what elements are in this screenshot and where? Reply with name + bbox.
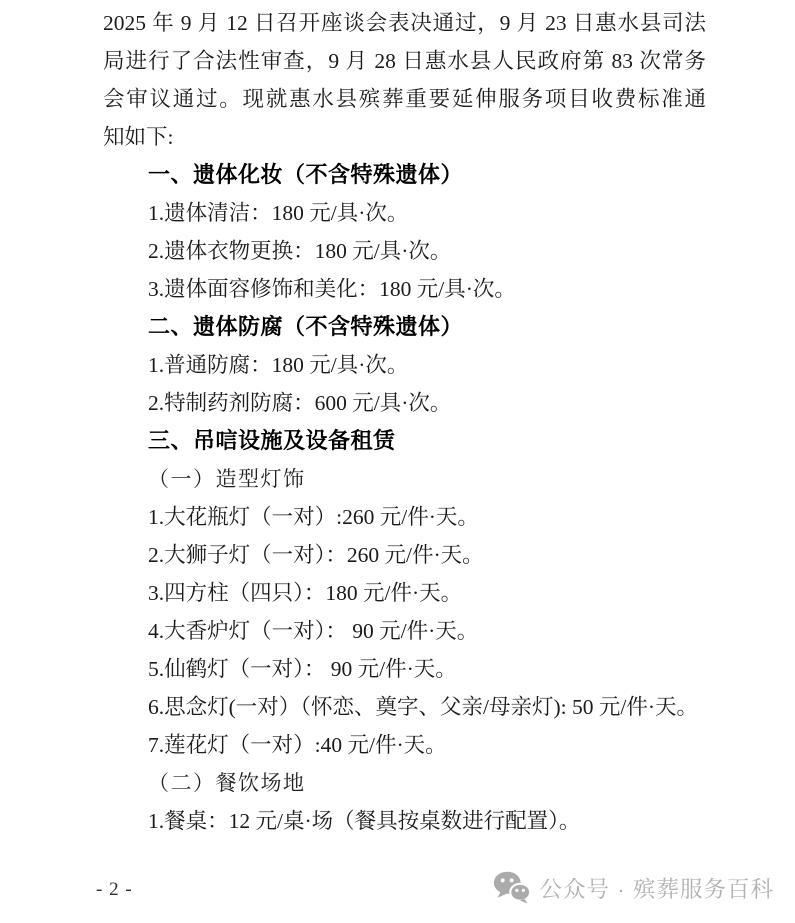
document-page: 2025 年 9 月 12 日召开座谈会表决通过，9 月 23 日惠水县司法 局…	[0, 0, 795, 923]
section-1-heading: 一、遗体化妆（不含特殊遗体）	[103, 156, 706, 194]
fee-item: 1.大花瓶灯（一对）:260 元/件·天。	[103, 498, 706, 536]
fee-item: 5.仙鹤灯（一对）： 90 元/件·天。	[103, 650, 706, 688]
fee-item: 2.大狮子灯（一对）：260 元/件·天。	[103, 536, 706, 574]
notice-body: 2025 年 9 月 12 日召开座谈会表决通过，9 月 23 日惠水县司法 局…	[103, 4, 706, 840]
intro-line: 会审议通过。现就惠水县殡葬重要延伸服务项目收费标准通	[103, 80, 706, 118]
section-3-heading: 三、吊唁设施及设备租赁	[103, 422, 706, 460]
fee-item: 1.餐桌：12 元/桌·场（餐具按桌数进行配置）。	[103, 802, 706, 840]
fee-item: 1.普通防腐：180 元/具·次。	[103, 346, 706, 384]
wechat-watermark: 公众号 · 殡葬服务百科	[493, 871, 775, 904]
subsection-1-heading: （一）造型灯饰	[103, 460, 706, 498]
watermark-text: 公众号 · 殡葬服务百科	[540, 872, 775, 904]
wechat-icon	[493, 871, 531, 904]
section-2-heading: 二、遗体防腐（不含特殊遗体）	[103, 308, 706, 346]
fee-item: 3.遗体面容修饰和美化：180 元/具·次。	[103, 270, 706, 308]
fee-item: 4.大香炉灯（一对）： 90 元/件·天。	[103, 612, 706, 650]
subsection-2-heading: （二）餐饮场地	[103, 764, 706, 802]
fee-item: 3.四方柱（四只）：180 元/件·天。	[103, 574, 706, 612]
fee-item: 6.思念灯(一对）（怀恋、奠字、父亲/母亲灯): 50 元/件·天。	[103, 688, 706, 726]
fee-item: 7.莲花灯（一对）:40 元/件·天。	[103, 726, 706, 764]
fee-item: 2.特制药剂防腐：600 元/具·次。	[103, 384, 706, 422]
fee-item: 2.遗体衣物更换：180 元/具·次。	[103, 232, 706, 270]
page-number: - 2 -	[96, 879, 133, 901]
fee-item: 1.遗体清洁：180 元/具·次。	[103, 194, 706, 232]
intro-line: 局进行了合法性审查，9 月 28 日惠水县人民政府第 83 次常务	[103, 42, 706, 80]
intro-line: 知如下:	[103, 118, 706, 156]
intro-line: 2025 年 9 月 12 日召开座谈会表决通过，9 月 23 日惠水县司法	[103, 4, 706, 42]
